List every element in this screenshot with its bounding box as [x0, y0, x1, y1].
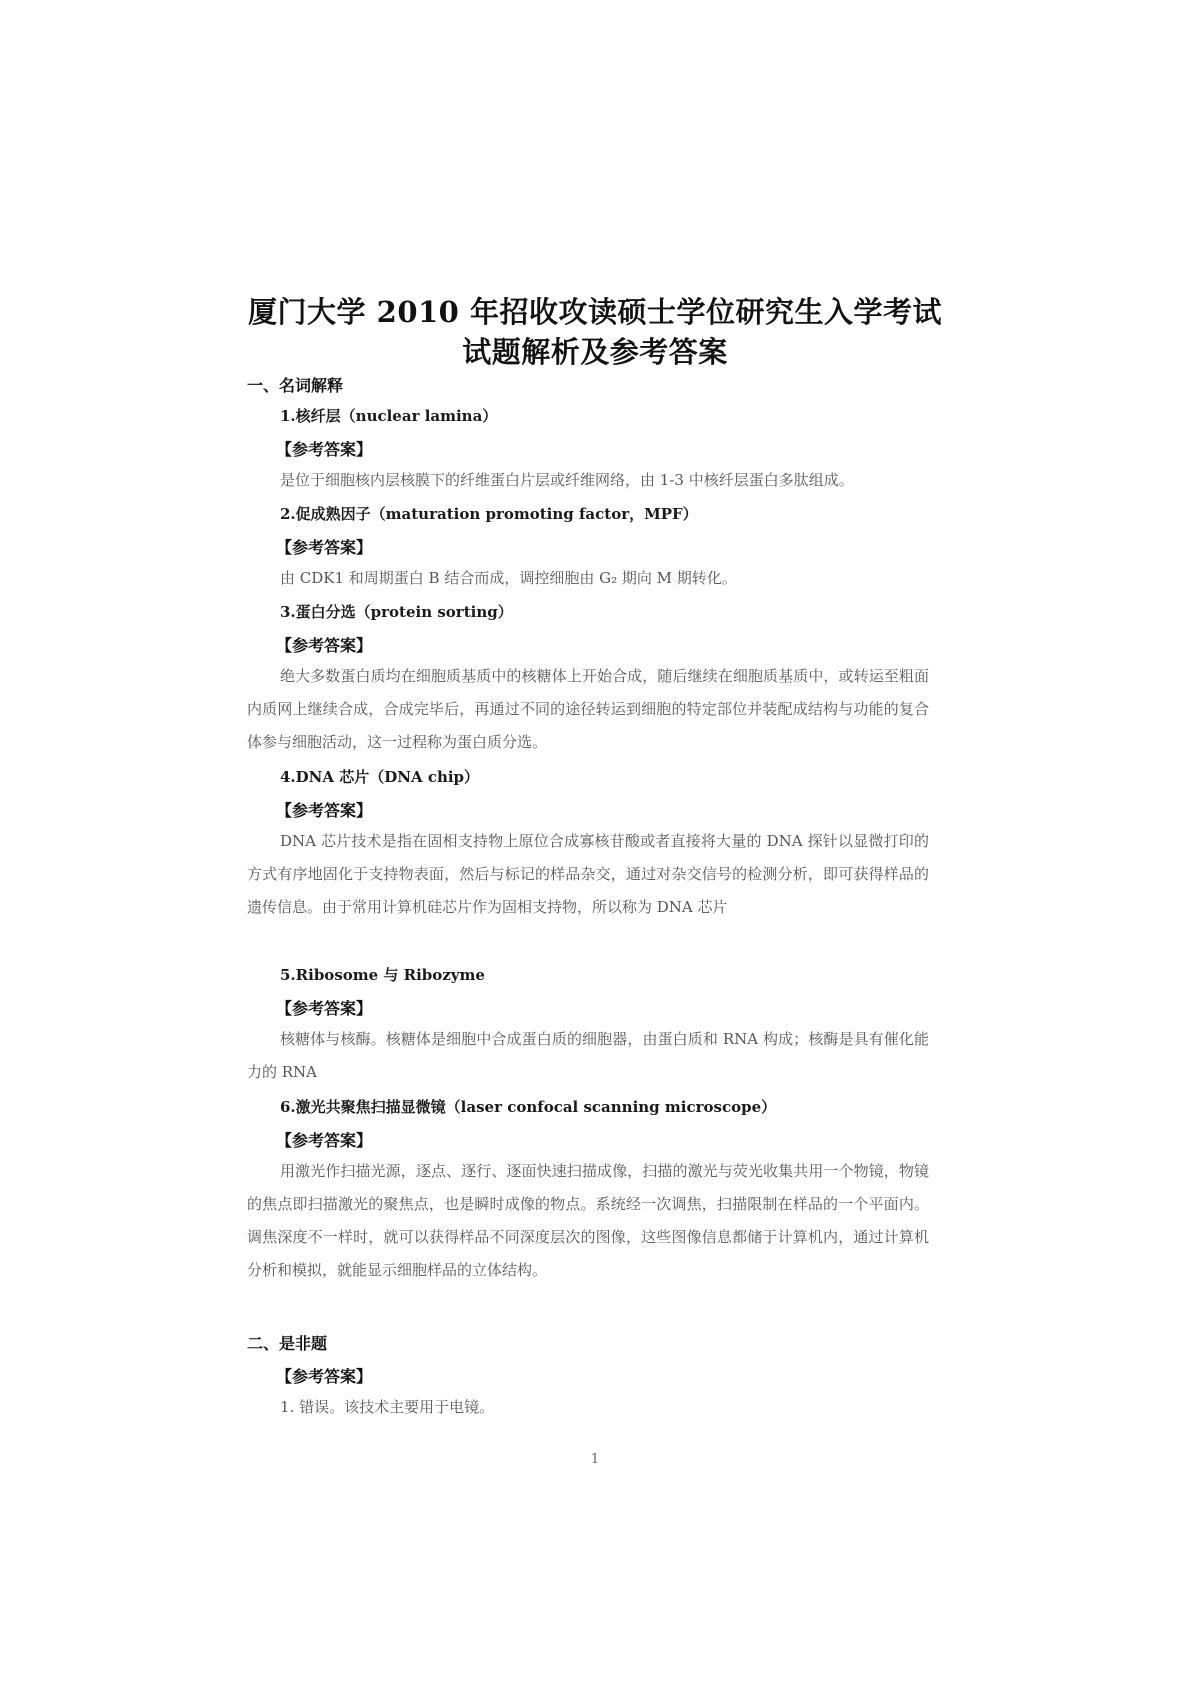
answer-text-4: DNA 芯片技术是指在固相支持物上原位合成寡核苷酸或者直接将大量的 DNA 探针…	[247, 825, 929, 924]
answer-label: 【参考答案】	[276, 437, 372, 460]
answer-paragraph: 由 CDK1 和周期蛋白 B 结合而成，调控细胞由 G₂ 期向 M 期转化。	[247, 562, 929, 595]
answer-paragraph: 1. 错误。该技术主要用于电镜。	[247, 1391, 929, 1424]
answer-paragraph: DNA 芯片技术是指在固相支持物上原位合成寡核苷酸或者直接将大量的 DNA 探针…	[247, 825, 929, 924]
answer-paragraph: 核糖体与核酶。核糖体是细胞中合成蛋白质的细胞器，由蛋白质和 RNA 构成；核酶是…	[247, 1023, 929, 1089]
page-number: 1	[0, 1452, 1190, 1467]
answer-label: 【参考答案】	[276, 535, 372, 558]
term-heading-5: 5.Ribosome 与 Ribozyme	[280, 964, 485, 985]
answer-paragraph: 是位于细胞核内层核膜下的纤维蛋白片层或纤维网络，由 1-3 中核纤层蛋白多肽组成…	[247, 464, 929, 497]
answer-text-3: 绝大多数蛋白质均在细胞质基质中的核糖体上开始合成，随后继续在细胞质基质中，或转运…	[247, 660, 929, 759]
answer-label: 【参考答案】	[276, 798, 372, 821]
document-title-line1: 厦门大学 2010 年招收攻读硕士学位研究生入学考试	[0, 290, 1190, 331]
term-heading-6: 6.激光共聚焦扫描显微镜（laser confocal scanning mic…	[280, 1096, 776, 1117]
answer-label: 【参考答案】	[276, 633, 372, 656]
term-heading-2: 2.促成熟因子（maturation promoting factor，MPF）	[280, 503, 698, 524]
answer-label: 【参考答案】	[276, 1364, 372, 1387]
answer-text-1: 是位于细胞核内层核膜下的纤维蛋白片层或纤维网络，由 1-3 中核纤层蛋白多肽组成…	[247, 464, 929, 497]
answer-label: 【参考答案】	[276, 1128, 372, 1151]
term-heading-3: 3.蛋白分选（protein sorting）	[280, 601, 513, 622]
answer-paragraph: 用激光作扫描光源，逐点、逐行、逐面快速扫描成像，扫描的激光与荧光收集共用一个物镜…	[247, 1155, 929, 1287]
answer-text-6: 用激光作扫描光源，逐点、逐行、逐面快速扫描成像，扫描的激光与荧光收集共用一个物镜…	[247, 1155, 929, 1287]
answer-paragraph: 绝大多数蛋白质均在细胞质基质中的核糖体上开始合成，随后继续在细胞质基质中，或转运…	[247, 660, 929, 759]
document-page: 厦门大学 2010 年招收攻读硕士学位研究生入学考试 试题解析及参考答案 一、名…	[0, 0, 1190, 1683]
term-heading-4: 4.DNA 芯片（DNA chip）	[280, 766, 479, 787]
term-heading-1: 1.核纤层（nuclear lamina）	[280, 405, 497, 426]
section-heading-true-false: 二、是非题	[247, 1331, 327, 1354]
answer-label: 【参考答案】	[276, 996, 372, 1019]
answer-text-5: 核糖体与核酶。核糖体是细胞中合成蛋白质的细胞器，由蛋白质和 RNA 构成；核酶是…	[247, 1023, 929, 1089]
answer-text-2: 由 CDK1 和周期蛋白 B 结合而成，调控细胞由 G₂ 期向 M 期转化。	[247, 562, 929, 595]
document-title-line2: 试题解析及参考答案	[0, 330, 1190, 371]
section-heading-definitions: 一、名词解释	[247, 373, 343, 396]
answer-text-tf-1: 1. 错误。该技术主要用于电镜。	[247, 1391, 929, 1424]
